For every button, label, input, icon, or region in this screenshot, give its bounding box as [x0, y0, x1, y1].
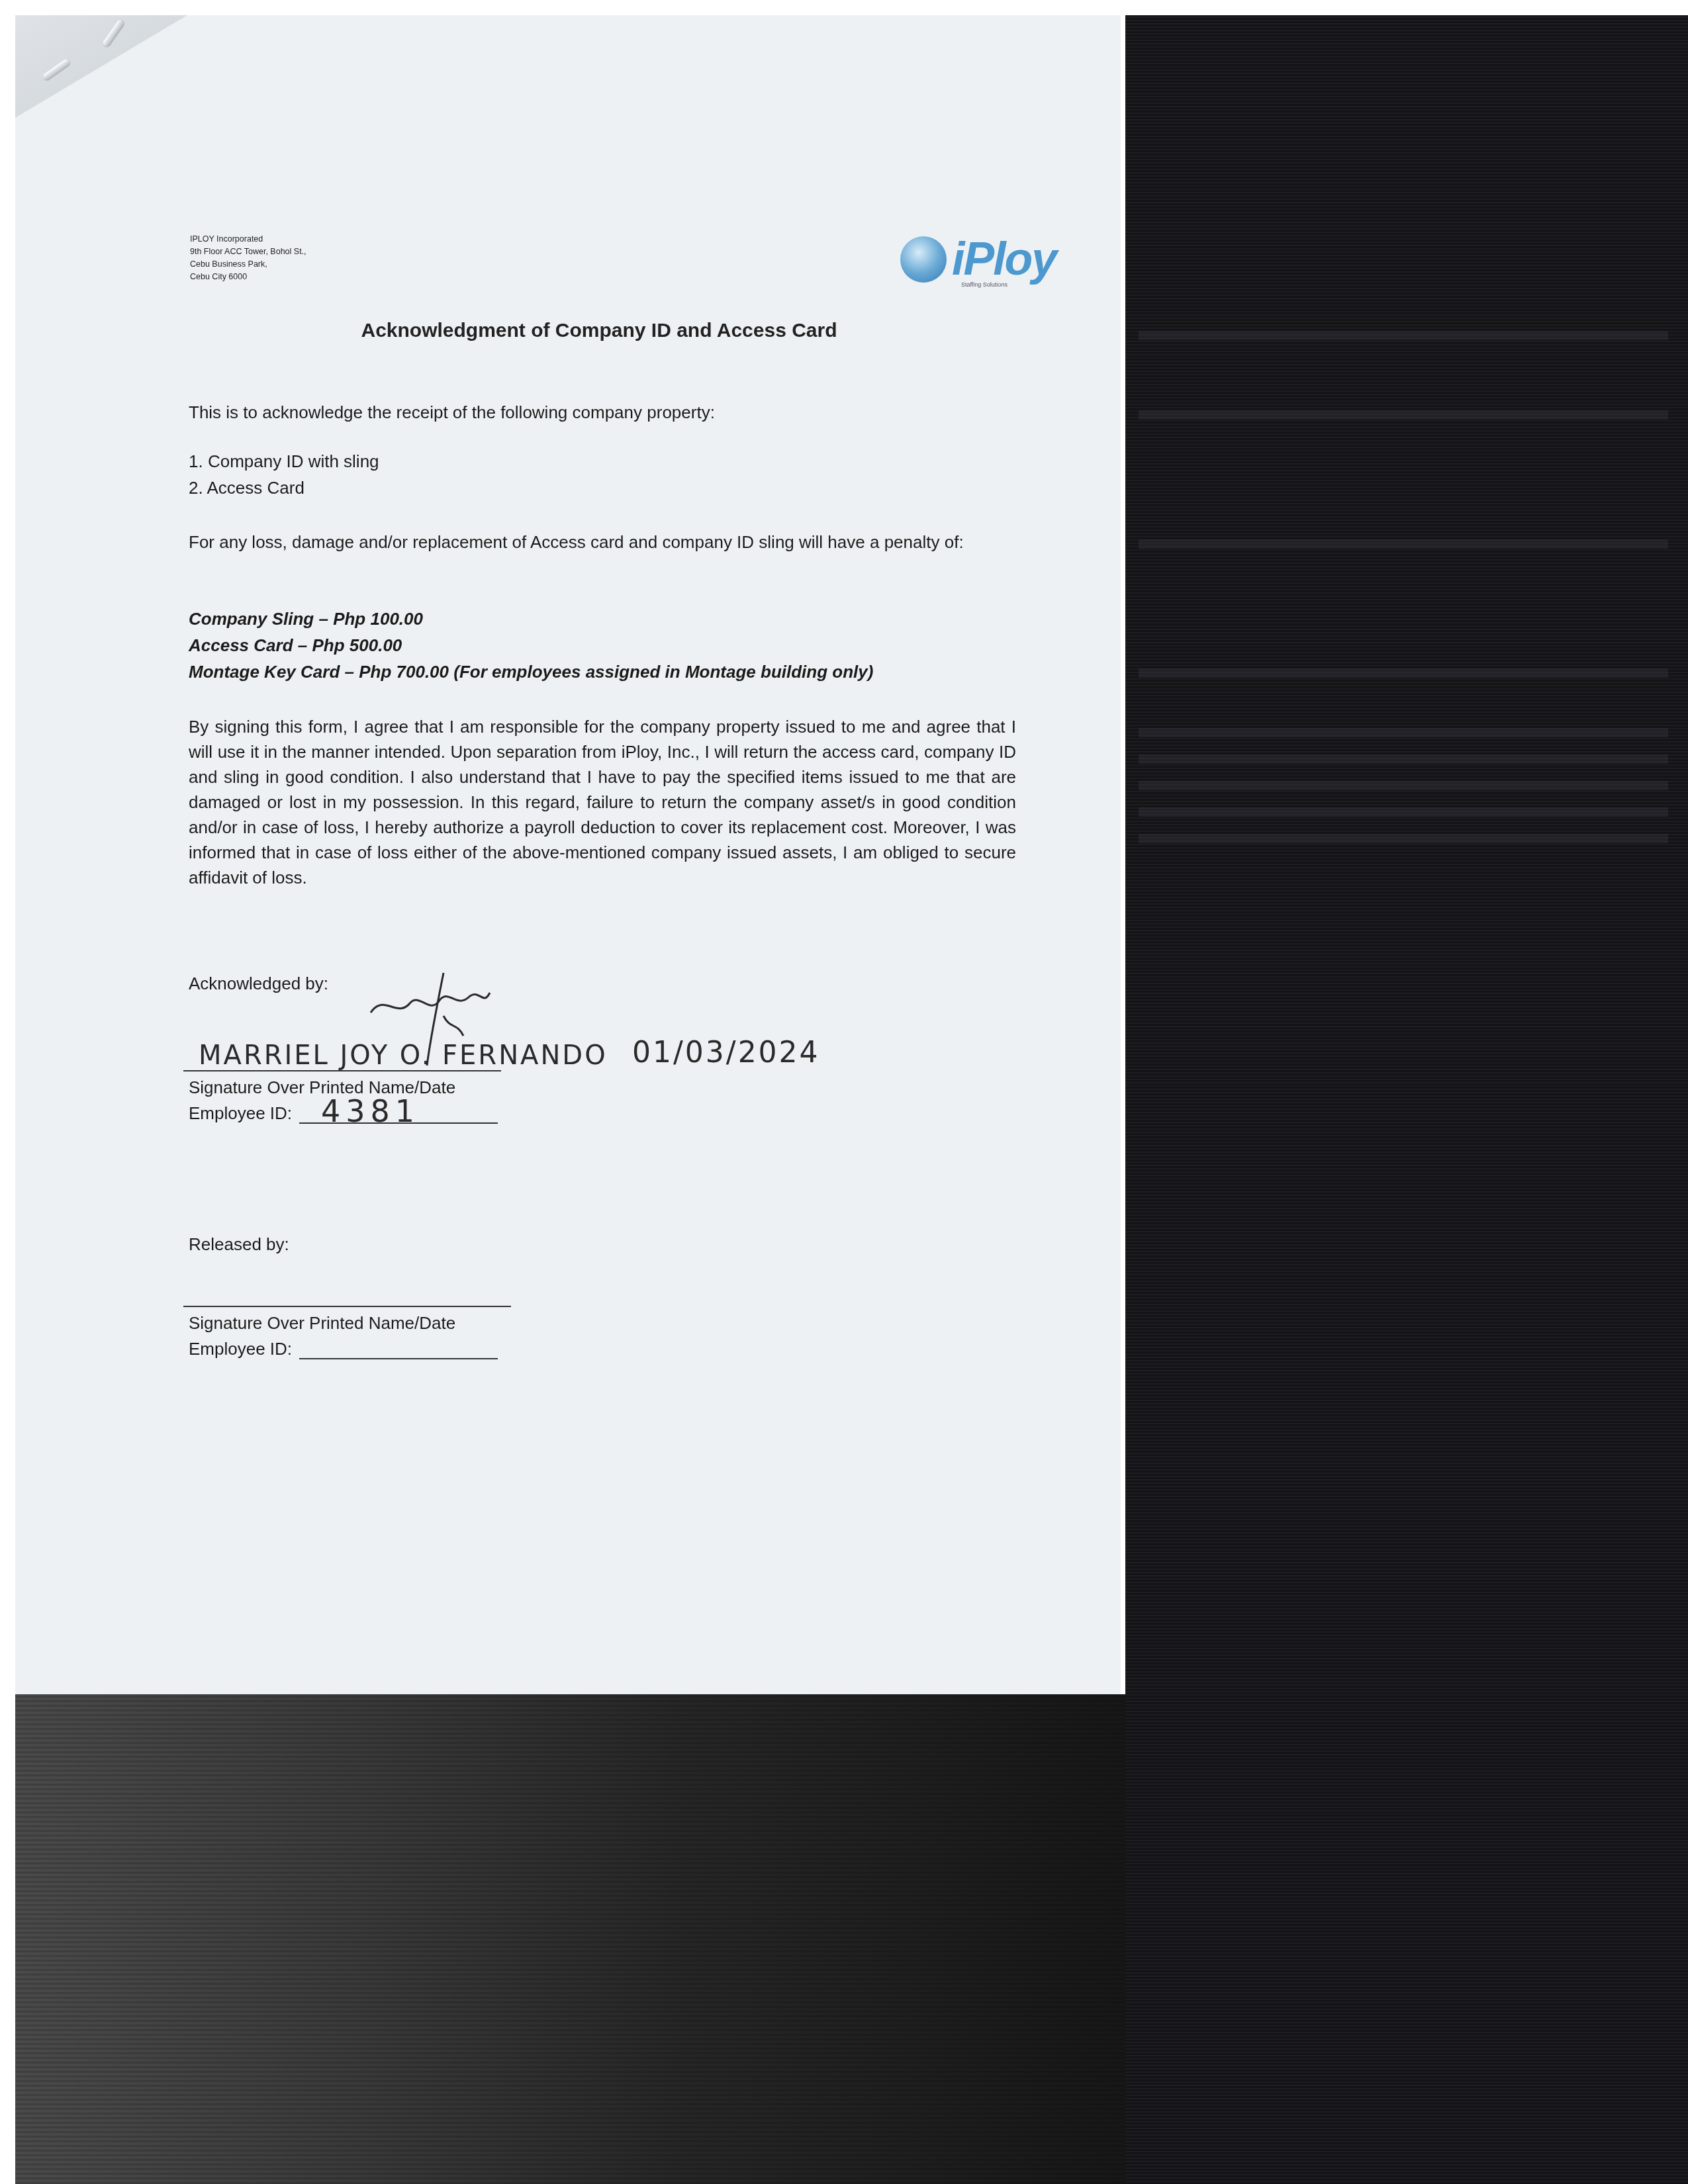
- acknowledged-label: Acknowledged by:: [189, 971, 328, 996]
- bleed-through-text: [1139, 807, 1668, 817]
- scanner-background-bottom: [15, 1694, 1125, 2184]
- address-line: Cebu Business Park,: [190, 258, 306, 271]
- bleed-through-text: [1139, 728, 1668, 737]
- address-line: 9th Floor ACC Tower, Bohol St.,: [190, 246, 306, 258]
- logo-wordmark: iPloy: [952, 234, 1056, 284]
- penalty-item: Montage Key Card – Php 700.00 (For emplo…: [189, 659, 873, 684]
- released-label: Released by:: [189, 1232, 289, 1257]
- released-signature-line: [183, 1306, 511, 1307]
- property-item: 2. Access Card: [189, 475, 305, 500]
- bleed-through-text: [1139, 539, 1668, 549]
- penalty-item: Company Sling – Php 100.00: [189, 606, 423, 631]
- handwritten-employee-id: 4381: [321, 1093, 420, 1129]
- globe-icon: [900, 236, 947, 283]
- signature-line: [183, 1070, 501, 1071]
- bleed-through-text: [1139, 410, 1668, 420]
- property-item: 1. Company ID with sling: [189, 449, 379, 474]
- released-signature-caption: Signature Over Printed Name/Date: [189, 1310, 455, 1336]
- scanner-background: [1125, 15, 1688, 2184]
- handwritten-date: 01/03/2024: [632, 1036, 820, 1069]
- agreement-paragraph: By signing this form, I agree that I am …: [189, 714, 1016, 890]
- bleed-through-text: [1139, 668, 1668, 678]
- bleed-through-text: [1139, 331, 1668, 340]
- company-name: IPLOY Incorporated: [190, 233, 306, 246]
- address-line: Cebu City 6000: [190, 271, 306, 283]
- intro-paragraph: This is to acknowledge the receipt of th…: [189, 400, 715, 425]
- bleed-through-text: [1139, 834, 1668, 843]
- document-title: Acknowledgment of Company ID and Access …: [0, 320, 1198, 342]
- letterhead-address: IPLOY Incorporated 9th Floor ACC Tower, …: [190, 233, 306, 283]
- company-logo: iPloy Staffing Solutions: [900, 228, 1072, 295]
- bleed-through-text: [1139, 754, 1668, 764]
- handwritten-name: MARRIEL JOY O. FERNANDO: [199, 1040, 608, 1071]
- released-employee-id-label: Employee ID:: [189, 1336, 292, 1361]
- employee-id-label: Employee ID:: [189, 1101, 292, 1126]
- bleed-through-text: [1139, 781, 1668, 790]
- logo-tagline: Staffing Solutions: [961, 281, 1008, 288]
- penalty-item: Access Card – Php 500.00: [189, 633, 402, 658]
- released-employee-id-line: [299, 1358, 498, 1359]
- penalty-intro: For any loss, damage and/or replacement …: [189, 529, 1023, 555]
